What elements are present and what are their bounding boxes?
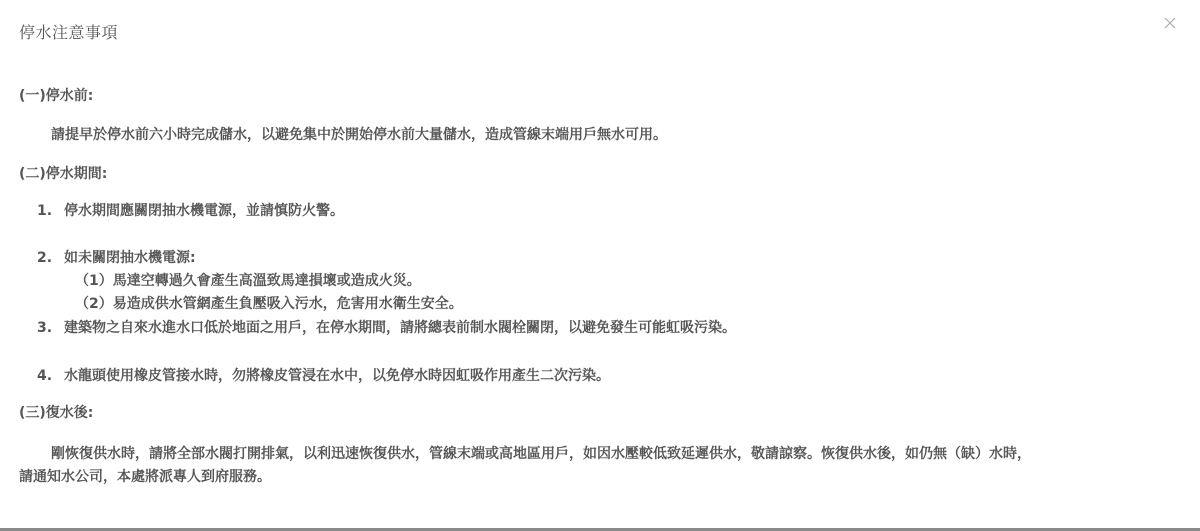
list-item: 2.如未關閉抽水機電源: — [37, 247, 196, 267]
section-heading-during: (二)停水期間: — [19, 163, 107, 183]
section-paragraph-after-line1: 剛恢復供水時，請將全部水閥打開排氣，以利迅速恢復供水，管線末端或高地區用戶，如因… — [51, 443, 1031, 463]
list-number: 2. — [37, 250, 64, 266]
list-item: 4.水龍頭使用橡皮管接水時，勿將橡皮管浸在水中，以免停水時因虹吸作用產生二次污染… — [37, 365, 610, 385]
close-button[interactable] — [1164, 17, 1180, 33]
list-text: 停水期間應關閉抽水機電源，並請慎防火警。 — [64, 203, 344, 219]
list-number: 1. — [37, 203, 64, 219]
list-number: 3. — [37, 320, 64, 336]
list-text: 如未關閉抽水機電源: — [64, 250, 196, 266]
sub-list-item: （1）馬達空轉過久會產生高溫致馬達損壞或造成火災。 — [75, 270, 421, 290]
list-number: 4. — [37, 368, 64, 384]
sub-list-item: （2）易造成供水管網產生負壓吸入污水，危害用水衛生安全。 — [75, 293, 463, 313]
section-paragraph-after-line2: 請通知水公司，本處將派專人到府服務。 — [19, 466, 271, 486]
modal-header: 停水注意事項 — [0, 0, 1200, 64]
section-heading-after: (三)復水後: — [19, 402, 93, 422]
section-paragraph-before: 請提早於停水前六小時完成儲水，以避免集中於開始停水前大量儲水，造成管線末端用戶無… — [51, 124, 667, 144]
list-item: 1.停水期間應關閉抽水機電源，並請慎防火警。 — [37, 200, 344, 220]
list-text: 建築物之自來水進水口低於地面之用戶，在停水期間，請將總表前制水閥栓關閉，以避免發… — [64, 320, 736, 336]
notice-modal: 停水注意事項 (一)停水前: 請提早於停水前六小時完成儲水，以避免集中於開始停水… — [0, 0, 1200, 528]
section-heading-before: (一)停水前: — [19, 85, 93, 105]
list-item: 3.建築物之自來水進水口低於地面之用戶，在停水期間，請將總表前制水閥栓關閉，以避… — [37, 317, 736, 337]
close-icon — [1164, 17, 1176, 29]
modal-title: 停水注意事項 — [19, 20, 118, 43]
list-text: 水龍頭使用橡皮管接水時，勿將橡皮管浸在水中，以免停水時因虹吸作用產生二次污染。 — [64, 368, 610, 384]
